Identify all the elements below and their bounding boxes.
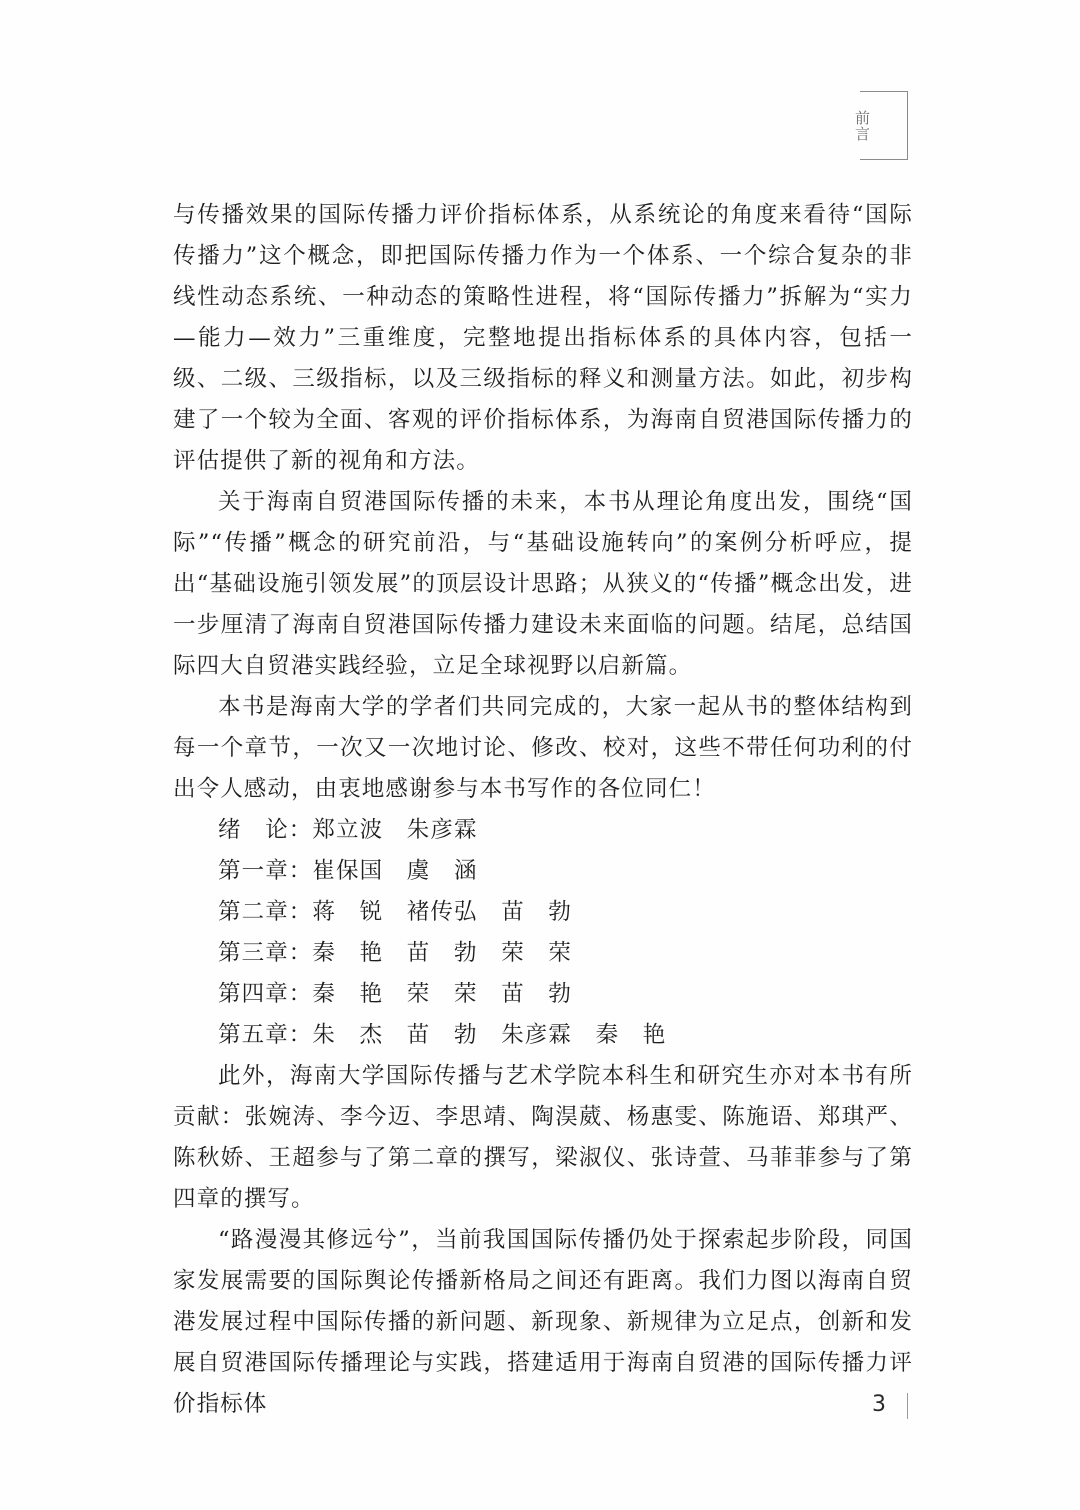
credit-line-ch2: 第二章：蒋 锐 褚传弘 苗 勃 — [173, 892, 913, 933]
book-page: 前言 与传播效果的国际传播力评价指标体系，从系统论的角度来看待“国际传播力”这个… — [0, 0, 1080, 1510]
credit-line-ch4: 第四章：秦 艳 荣 荣 苗 勃 — [173, 974, 913, 1015]
credit-line-intro: 绪 论：郑立波 朱彦霖 — [173, 810, 913, 851]
credit-chapter: 第四章： — [218, 981, 312, 1007]
paragraph-2: 关于海南自贸港国际传播的未来，本书从理论角度出发，围绕“国际”“传播”概念的研究… — [173, 482, 913, 687]
credit-authors: 崔保国 虞 涵 — [312, 858, 477, 884]
credit-chapter: 第五章： — [218, 1022, 312, 1048]
paragraph-3: 本书是海南大学的学者们共同完成的，大家一起从书的整体结构到每一个章节，一次又一次… — [173, 687, 913, 810]
paragraph-1: 与传播效果的国际传播力评价指标体系，从系统论的角度来看待“国际传播力”这个概念，… — [173, 195, 913, 482]
author-credits: 绪 论：郑立波 朱彦霖 第一章：崔保国 虞 涵 第二章：蒋 锐 褚传弘 苗 勃 … — [173, 810, 913, 1056]
running-head-label: 前言 — [854, 108, 870, 144]
credit-chapter: 第二章： — [218, 899, 312, 925]
paragraph-contributors: 此外，海南大学国际传播与艺术学院本科生和研究生亦对本书有所贡献：张婉涛、李今迈、… — [173, 1056, 913, 1220]
credit-chapter: 第三章： — [218, 940, 312, 966]
credit-authors: 秦 艳 苗 勃 荣 荣 — [312, 940, 572, 966]
body-text: 与传播效果的国际传播力评价指标体系，从系统论的角度来看待“国际传播力”这个概念，… — [173, 195, 913, 1425]
credit-line-ch1: 第一章：崔保国 虞 涵 — [173, 851, 913, 892]
page-number: 3 — [872, 1392, 886, 1417]
credit-authors: 朱 杰 苗 勃 朱彦霖 秦 艳 — [312, 1022, 666, 1048]
credit-line-ch5: 第五章：朱 杰 苗 勃 朱彦霖 秦 艳 — [173, 1015, 913, 1056]
credit-authors: 蒋 锐 褚传弘 苗 勃 — [312, 899, 572, 925]
credit-authors: 秦 艳 荣 荣 苗 勃 — [312, 981, 572, 1007]
credit-chapter: 第一章： — [218, 858, 312, 884]
credit-line-ch3: 第三章：秦 艳 苗 勃 荣 荣 — [173, 933, 913, 974]
credit-authors: 郑立波 朱彦霖 — [312, 817, 477, 843]
paragraph-closing: “路漫漫其修远兮”，当前我国国际传播仍处于探索起步阶段，同国家发展需要的国际舆论… — [173, 1220, 913, 1425]
page-number-divider — [907, 1393, 908, 1419]
credit-chapter: 绪 论： — [218, 817, 312, 843]
